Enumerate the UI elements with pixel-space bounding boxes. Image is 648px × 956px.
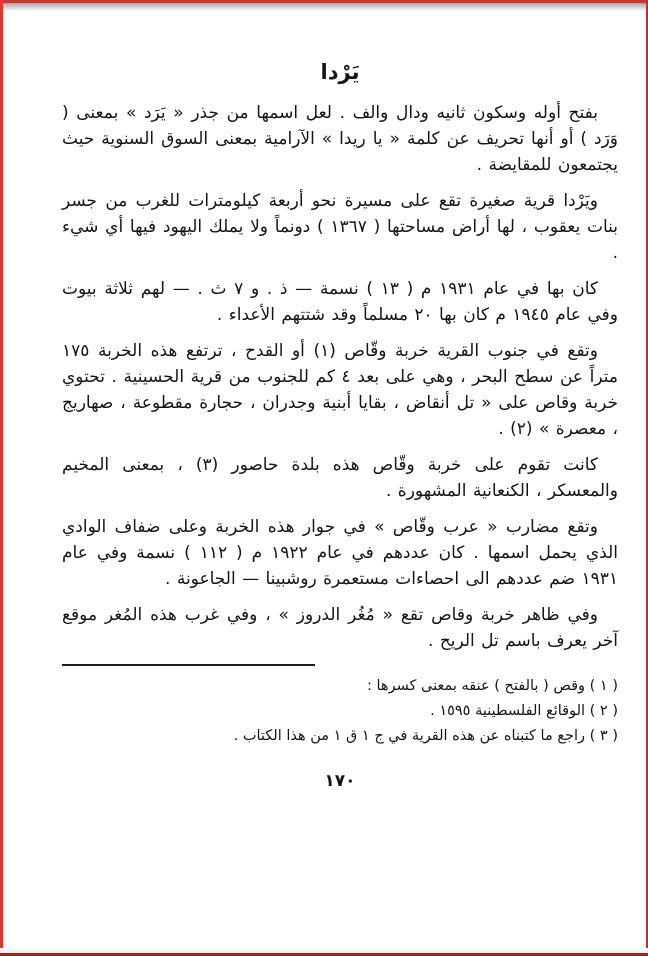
- entry-title: يَرْدا: [62, 60, 618, 84]
- page-border-left: [0, 0, 3, 956]
- footnotes-block: ( ١ ) وقص ( بالفتح ) عنقه بمعنى كسرها : …: [62, 674, 618, 749]
- paragraph-3: كان بها في عام ١٩٣١ م ( ١٣ ) نسمة — ذ . …: [62, 276, 618, 328]
- footnote-2: ( ٢ ) الوقائع الفلسطينية ١٥٩٥ .: [62, 699, 618, 724]
- scan-shadow-top: [0, 3, 648, 11]
- scanned-book-page: يَرْدا بفتح أوله وسكون ثانيه ودال والف .…: [0, 0, 648, 956]
- paragraph-7: وفي ظاهر خربة وقاص تقع « مُغُر الدروز » …: [62, 602, 618, 654]
- paragraph-4: وتقع في جنوب القرية خربة وقّاص (١) أو ال…: [62, 338, 618, 442]
- footnote-1: ( ١ ) وقص ( بالفتح ) عنقه بمعنى كسرها :: [62, 674, 618, 699]
- paragraph-6: وتقع مضارب « عرب وقّاص » في جوار هذه الخ…: [62, 514, 618, 592]
- paragraph-5: كانت تقوم على خربة وقّاص هذه بلدة حاصور …: [62, 452, 618, 504]
- footnote-separator: [62, 664, 315, 666]
- paragraph-1: بفتح أوله وسكون ثانيه ودال والف . لعل اس…: [62, 100, 618, 178]
- page-number: ١٧٠: [62, 771, 618, 791]
- page-content: يَرْدا بفتح أوله وسكون ثانيه ودال والف .…: [62, 60, 618, 791]
- footnote-3: ( ٣ ) راجع ما كتبناه عن هذه القرية في ج …: [62, 724, 618, 749]
- paragraph-2: ويَرْدا قرية صغيرة تقع على مسيرة نحو أرب…: [62, 188, 618, 266]
